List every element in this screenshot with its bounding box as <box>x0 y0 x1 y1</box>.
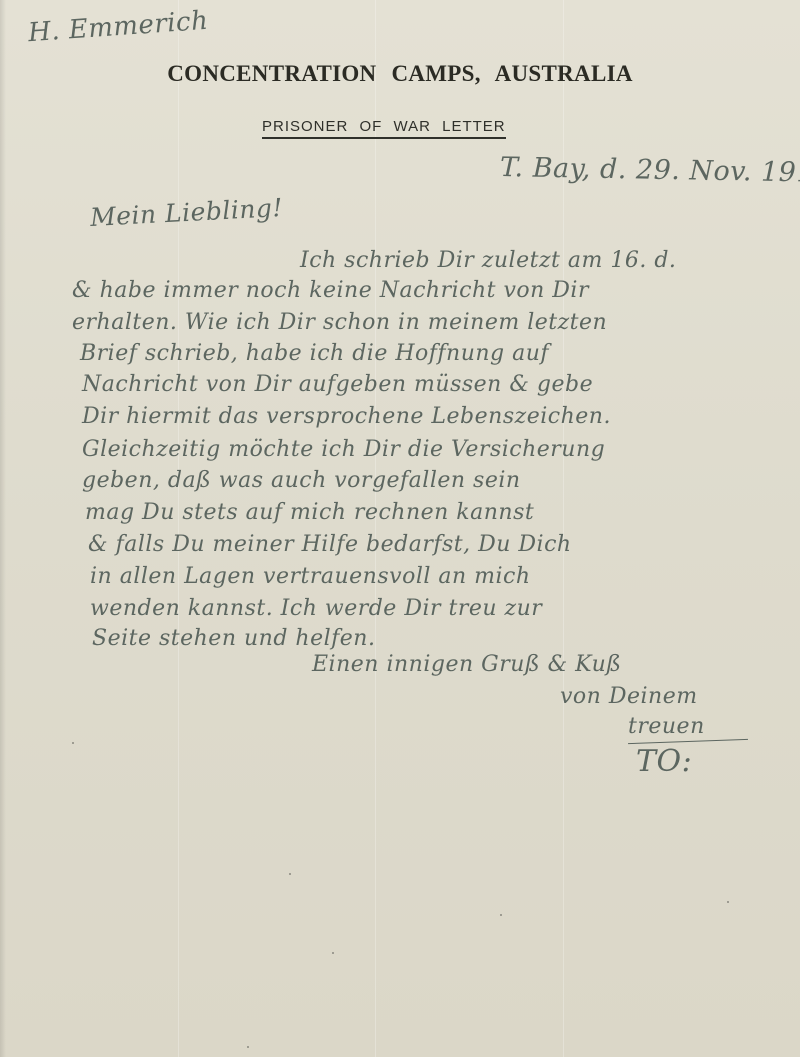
closing-line: treuen <box>628 714 705 739</box>
letterhead-subtitle: PRISONER OF WAR LETTER <box>262 118 506 139</box>
body-line: Seite stehen und helfen. <box>92 626 375 651</box>
letter-paper: H. Emmerich CONCENTRATION CAMPS, AUSTRAL… <box>0 0 800 1057</box>
body-line: wenden kannst. Ich werde Dir treu zur <box>90 596 542 621</box>
body-line: in allen Lagen vertrauensvoll an mich <box>90 564 531 589</box>
body-line: Dir hiermit das versprochene Lebenszeich… <box>82 404 611 429</box>
letterhead-title: CONCENTRATION CAMPS, AUSTRALIA <box>0 61 800 87</box>
closing-line: von Deinem <box>560 684 698 709</box>
body-line: Nachricht von Dir aufgeben müssen & gebe <box>82 372 593 397</box>
paper-speck <box>247 1046 249 1048</box>
signature: TO: <box>636 744 692 779</box>
body-line: Brief schrieb, habe ich die Hoffnung auf <box>80 341 549 366</box>
body-line: erhalten. Wie ich Dir schon in meinem le… <box>72 310 607 335</box>
paper-speck <box>289 873 291 875</box>
salutation: Mein Liebling! <box>89 193 283 232</box>
paper-speck <box>72 742 74 744</box>
closing-line: Einen innigen Gruß & Kuß <box>312 652 621 677</box>
dateline: T. Bay, d. 29. Nov. 1917. <box>500 152 800 189</box>
body-line: Gleichzeitig möchte ich Dir die Versiche… <box>82 437 605 462</box>
paper-speck <box>500 914 502 916</box>
body-line: & habe immer noch keine Nachricht von Di… <box>72 278 589 303</box>
paper-fold-line <box>375 0 376 1057</box>
paper-fold-line <box>178 0 179 1057</box>
body-line: mag Du stets auf mich rechnen kannst <box>85 500 534 525</box>
header-annotation: H. Emmerich <box>27 6 209 49</box>
body-line: Ich schrieb Dir zuletzt am 16. d. <box>300 248 676 273</box>
body-line: geben, daß was auch vorgefallen sein <box>82 468 521 493</box>
paper-speck <box>727 901 729 903</box>
paper-speck <box>332 952 334 954</box>
body-line: & falls Du meiner Hilfe bedarfst, Du Dic… <box>88 532 572 557</box>
